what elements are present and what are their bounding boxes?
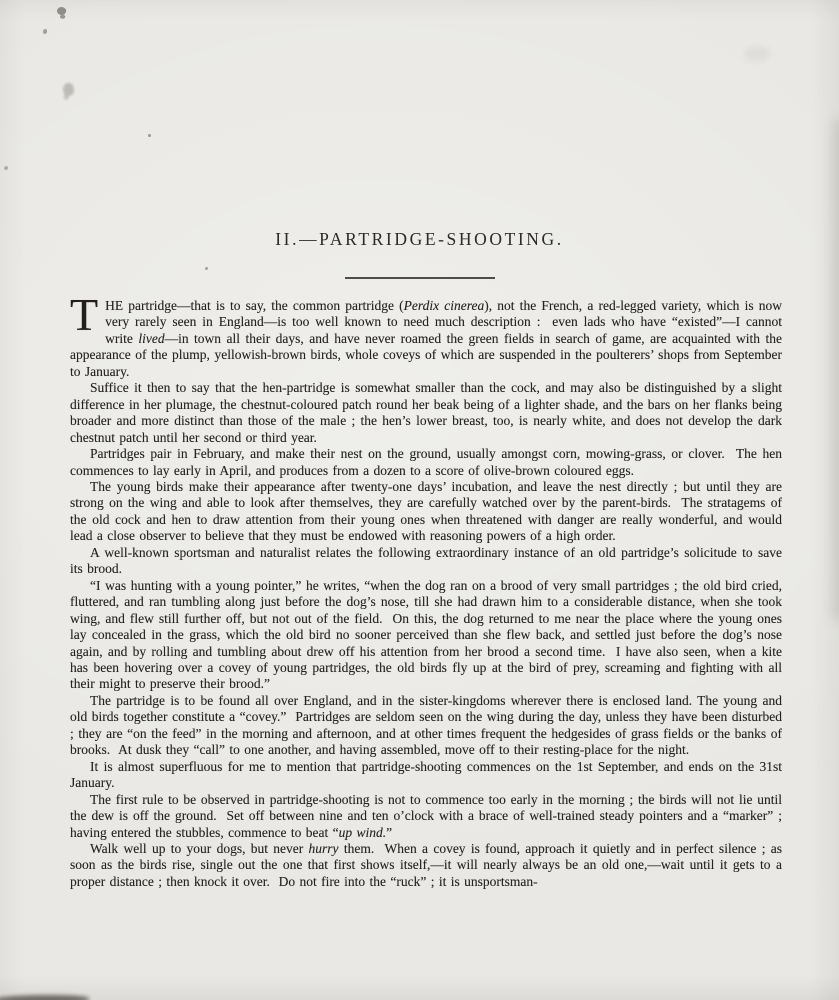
scan-speck — [43, 29, 47, 34]
scan-speck — [4, 166, 8, 170]
scan-smudge — [744, 46, 770, 62]
scan-speck — [56, 6, 67, 17]
paragraph-covey-habits: The partridge is to be found all over En… — [70, 693, 782, 759]
scanned-book-page: II.—PARTRIDGE-SHOOTING. THE partridge—th… — [0, 0, 839, 1000]
paragraph-pointer-anecdote: “I was hunting with a young pointer,” he… — [70, 578, 782, 693]
italic-text-run: lived — [138, 331, 164, 346]
paragraph-first-rule: The first rule to be observed in partrid… — [70, 792, 782, 841]
text-run: The first rule to be observed in partrid… — [70, 792, 782, 840]
paragraph-hen-description: Suffice it then to say that the hen-part… — [70, 380, 782, 446]
paragraph-nesting: Partridges pair in February, and make th… — [70, 446, 782, 479]
text-run: It is almost superfluous for me to menti… — [70, 759, 782, 790]
text-run: The young birds make their appearance af… — [70, 479, 782, 543]
italic-text-run: hurry — [309, 841, 339, 856]
paragraph-walk-up: Walk well up to your dogs, but never hur… — [70, 841, 782, 890]
text-run: HE partridge—that is to say, the common … — [105, 298, 404, 313]
scan-speck — [148, 134, 151, 137]
italic-text-run: up wind. — [339, 825, 387, 840]
text-run: —in town all their days, and have never … — [70, 331, 782, 379]
text-run: “I was hunting with a young pointer,” he… — [70, 578, 782, 692]
text-run: ” — [386, 825, 392, 840]
text-run: Partridges pair in February, and make th… — [70, 446, 782, 477]
chapter-heading: II.—PARTRIDGE-SHOOTING. — [0, 229, 839, 250]
text-run: A well-known sportsman and naturalist re… — [70, 545, 782, 576]
heading-divider-rule — [345, 277, 495, 279]
paragraph-intro: THE partridge—that is to say, the common… — [70, 298, 782, 380]
paragraph-young-birds: The young birds make their appearance af… — [70, 479, 782, 545]
italic-text-run: Perdix cinerea — [404, 298, 485, 313]
paragraph-season-dates: It is almost superfluous for me to menti… — [70, 759, 782, 792]
paragraph-sportsman-intro: A well-known sportsman and naturalist re… — [70, 545, 782, 578]
page-edge-shadow — [833, 120, 839, 620]
dropcap-letter: T — [70, 298, 105, 331]
scan-speck — [205, 267, 208, 270]
scan-speck — [62, 82, 76, 97]
body-text: THE partridge—that is to say, the common… — [70, 298, 782, 890]
text-run: Walk well up to your dogs, but never — [90, 841, 309, 856]
paragraph-text: HE partridge—that is to say, the common … — [70, 298, 782, 379]
text-run: Suffice it then to say that the hen-part… — [70, 380, 782, 444]
text-run: The partridge is to be found all over En… — [70, 693, 782, 757]
page-corner-shadow — [0, 995, 89, 1000]
